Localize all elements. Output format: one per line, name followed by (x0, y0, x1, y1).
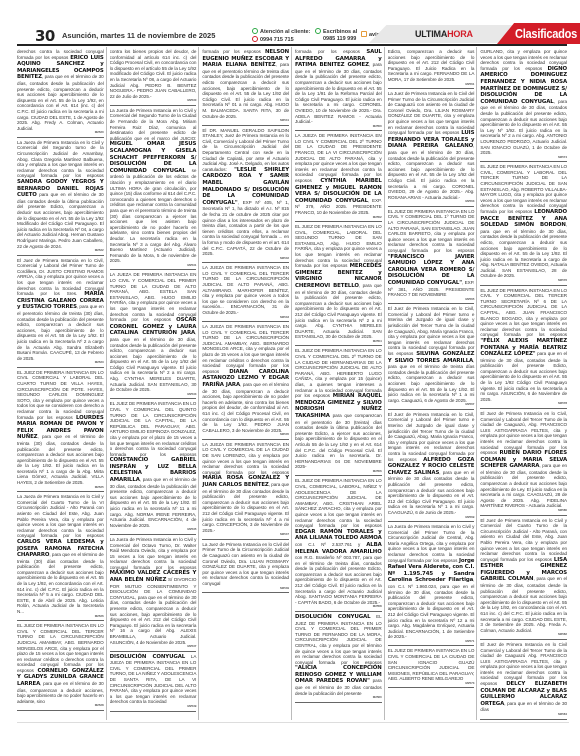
classified-ad: LA JUEZA DE PRIMERA INSTANCIA EN LO CIVI… (295, 131, 382, 222)
classified-ad: formada por los esposos NELSON EUGENIO M… (202, 47, 289, 126)
ad-text: La Jueza de Primera Instancia en lo Civi… (110, 108, 197, 141)
ad-text: para que comparezcan en el perentorio de… (295, 413, 382, 469)
whatsapp-icon (252, 28, 258, 34)
column-5: Edicto, comparezcan a deducir sus accion… (388, 47, 478, 720)
column-4: formada por los esposos SAUL ALFREDO GAM… (295, 47, 385, 720)
ad-text: con C.I. Nº 2.537.761 y (295, 542, 366, 547)
ad-text: , para que en el término de 30 días, con… (480, 463, 567, 508)
brand-logo: ULTIMAHORA (415, 29, 473, 39)
ad-code: M2530 (110, 99, 197, 103)
ad-text: EL JUEZ DE PRIMERA INSTANCIA EN LO CIVIL… (295, 614, 382, 665)
classified-ad: El Juez de Primera Instancia en lo Civil… (388, 304, 475, 410)
column-2: contra los bienes propios del deudor, de… (110, 47, 200, 720)
ad-text: , para que en el término de 30 días cont… (202, 482, 289, 533)
page-header: 30 Asunción, martes 11 de noviembre de 2… (17, 27, 570, 44)
ad-text: , para que en el término de treinta días… (388, 358, 475, 403)
classified-ad: La Jueza de Primera Instancia en lo Civi… (17, 138, 104, 256)
ad-code: M2563 (388, 200, 475, 204)
classified-ad: EL JUEZ DE PRIMERA INSTANCIA EN LO CIVIL… (17, 368, 104, 492)
ad-text: LA JUEZA DE PRIMERA INSTANCIA EN LO CIVI… (202, 442, 289, 475)
classified-ad: El Juez de Primera Instancia en lo Civil… (17, 256, 104, 368)
ad-text: , para que en el término de 30 días, con… (480, 222, 567, 278)
ad-text: EL JUEZ DE PRIMERA INSTANCIA EN LO CIVIL… (17, 623, 104, 673)
classified-ad: La Jueza de Primera Instancia en lo Civi… (388, 522, 475, 646)
classified-ad: La Juez de Primera Instancia en lo Civil… (388, 89, 475, 207)
ad-code: M2571 (388, 640, 475, 644)
column-6: GURLAND, cita y emplaza por quince veces… (480, 47, 569, 720)
ad-code: M2533 (110, 393, 197, 397)
customer-service-contact: Atención al cliente: 0994 715 715 (252, 28, 310, 43)
brand-hora: HORA (447, 29, 473, 39)
ad-text: EL JUEZ DE PRIMERA INSTANCIA EN LO CIVIL… (110, 401, 197, 456)
classified-ad: LA JUEZA DE PRIMERA INSTANCIA EN LO CIVI… (202, 322, 289, 440)
header-rule (17, 44, 567, 46)
ad-text: para que en el término de 30 días, conta… (480, 351, 567, 402)
classified-ad: EL JUEZ DE PRIMERA INSTANCIA EN LO CIVIL… (295, 476, 382, 612)
classified-ad: formada por los esposos SAUL ALFREDO GAM… (295, 47, 382, 131)
ad-code: M2545 (202, 433, 289, 437)
ad-text: EL JUEZ DE PRIMERA INSTANCIA EN LO CIVIL… (388, 209, 475, 253)
ad-text: , para que en el término de 30 días, con… (295, 283, 382, 339)
ad-code: M2578 (480, 402, 567, 406)
ad-text: El Juez de Primera Instancia en lo Civil… (388, 306, 475, 356)
ad-names: DISOLUCIÓN CONYUGAL (110, 654, 185, 660)
ad-text: contra los bienes propios del deudor, de… (110, 49, 197, 99)
ad-text: Edicto, comparezcan a deducir sus accion… (388, 49, 475, 82)
ad-text: EL JUEZ DE PRIMERA INSTANCIA EN LO CIVIL… (17, 370, 104, 420)
ad-text: EL JUEZ DE PRIMERA INSTANCIA EN LO CIVIL… (295, 348, 382, 398)
classified-ad: EL JUEZ DE PRIMERA INSTANCIA EN LO CIVIL… (480, 162, 567, 285)
ad-text: EL JUEZ DE PRIMERA INSTANCIA EN LO CIVIL… (388, 648, 475, 681)
ad-text: El Juez de Primera Instancia en lo Civil… (388, 412, 475, 462)
customer-service-label: Atención al cliente: (260, 29, 310, 35)
classified-ad: LA JUEZA DE PRIMERA INSTANCIA EN LO CIVI… (202, 440, 289, 540)
ad-code: M2526 (17, 615, 104, 619)
classified-ad: LA JUEZA DE PRIMERA INSTANCIA EN LO CIVI… (110, 270, 197, 399)
classified-ad: Edicto, comparezcan a deducir sus accion… (388, 47, 475, 89)
classified-ad: El Juez de Primera Instancia en lo Civil… (480, 640, 567, 720)
ad-code: M2522 (17, 249, 104, 253)
ad-text: se ordenó la publicación de los edictos … (110, 168, 197, 264)
ad-text: LA JUEZA DE PRIMERA INSTANCIA EN LO CIVI… (202, 324, 289, 374)
ad-code: M2573 (388, 682, 475, 686)
ad-text: , para que en el término de treinta (30)… (17, 552, 104, 614)
ad-text: , para que en el término de 30 días, con… (480, 99, 567, 155)
ad-text: para que en el término de 30 días contad… (17, 192, 104, 248)
ad-text: El Juez de Primera Instancia en lo Civil… (480, 411, 567, 455)
classified-ad: EL JUEZ DE PRIMERA INSTANCIA EN LO CIVIL… (295, 346, 382, 476)
ad-text: con R.G. Brasileño Nº 003.787, para que … (295, 555, 382, 605)
footer-rule (17, 722, 569, 723)
ad-text: La Jueza de Primera Instancia en lo Civi… (17, 494, 104, 538)
ad-text: , EXP Nº 405, Nº 1, Secretaría Nº 1, ha … (202, 200, 289, 256)
ad-text: EL JUEZ DE PRIMERA INSTANCIA EN LO CIVIL… (295, 478, 382, 528)
ad-text: , para que en el término de 30 días, con… (480, 576, 567, 632)
ad-text: LA JUEZA DE PRIMERA INSTANCIA EN LO CIVI… (110, 272, 197, 322)
ad-text: El Juez de Primera Instancia en lo Civil… (480, 642, 567, 686)
ad-code: M2558 (295, 605, 382, 609)
ad-code: M2569 (388, 516, 475, 520)
ad-text: EL JUEZ DE PRIMERA INSTANCIA EN LO CIVIL… (480, 288, 567, 338)
write-label: Escríbinos al (323, 29, 357, 35)
classified-ad: El DR. MANUEL GERALDO SAIFILDIN STANLEY,… (202, 126, 289, 264)
section-title: Clasificados (515, 26, 577, 41)
ad-code: M2535 (110, 528, 197, 532)
ad-code: M2556 (295, 470, 382, 474)
ad-code: M2561 (388, 83, 475, 87)
ad-code: M2543 (202, 316, 289, 320)
customer-service-phone[interactable]: 0994 715 715 (260, 37, 294, 43)
ad-code: M2576 (480, 279, 567, 283)
ad-code: M2541 (202, 119, 289, 123)
ad-names: MIGUEL OMAR JESUS SCALAMOGNA Y GISELA SC… (110, 141, 197, 173)
write-contact: Escríbinos al 0985 119 999 (315, 28, 357, 42)
ad-text: formada por los esposos (295, 49, 366, 54)
ad-text: La Juez de Primera Instancia en lo Civil… (388, 91, 475, 135)
ad-text: La Jueza de Primera Instancia en lo Civi… (17, 140, 104, 179)
classified-ad: EL JUEZ DE PRIMERA INSTANCIA EN LO CIVIL… (480, 286, 567, 409)
ad-text: S/ DIVORCIO POR MUTUO CONSENTIMIENTO Y D… (110, 577, 197, 645)
ad-code: M2567 (388, 403, 475, 407)
classified-ad: El Juez de Primera Instancia en lo Civil… (480, 516, 567, 640)
whatsapp-icon (315, 28, 321, 34)
classified-ad: La Jueza de Primera Instancia en lo Civi… (17, 492, 104, 621)
classified-ad: EL JUEZ DE PRIMERA INSTANCIA EN LO CIVIL… (110, 399, 197, 535)
classified-ad: EL JUEZ DE PRIMERA INSTANCIA EN LO CIVIL… (295, 222, 382, 346)
classifieds-columns: derechos contra la sociedad conyugal for… (17, 47, 569, 720)
ad-code: M2539 (110, 705, 197, 709)
ad-text: formada por los esposos (202, 49, 265, 54)
ad-code: M2520 (17, 131, 104, 135)
ad-text: , para que en el perentorio término de t… (17, 304, 104, 360)
ad-code: M2552 (295, 216, 382, 220)
ad-text: EL JUEZ DE PRIMERA INSTANCIA EN LO CIVIL… (295, 224, 382, 268)
brand-ultima: ULTIMA (415, 29, 447, 39)
ad-code: M2547 (202, 533, 289, 537)
ad-names: DISOLUCIÓN CONYUGAL (295, 614, 370, 620)
ad-text: EL JUEZ DE PRIMERA INSTANCIA EN LO CIVIL… (480, 164, 567, 214)
ad-text: , para que en el término de 30 días, con… (295, 62, 382, 124)
classified-ad: DISOLUCIÓN CONYUGAL EL JUEZ DE PRIMERA I… (295, 612, 382, 703)
column-1: derechos contra la sociedad conyugal for… (17, 47, 107, 720)
ad-names: "ALICIA CONCEPCIÓN REINOSO GOMEZ Y WILLI… (295, 665, 382, 684)
classified-ad: La Jueza de Primera Instancia en lo Civi… (110, 535, 197, 652)
write-phone[interactable]: 0985 119 999 (323, 36, 356, 42)
ad-code: M2549 (202, 587, 289, 591)
ad-text: LA JUEZA DE PRIMERA INSTANCIA EN LO CIVI… (202, 265, 289, 315)
page-number: 30 (35, 27, 55, 45)
envelope-icon (361, 31, 367, 37)
ad-code: M2531 (110, 264, 197, 268)
ad-code: M2574 (480, 156, 567, 160)
ad-text: , para que en el término de 30 días, com… (202, 382, 289, 433)
ad-code: M2565 (388, 298, 475, 302)
ad-text: , para que en el término de 30 días cont… (388, 470, 475, 515)
ad-text: , para que en el perentorio término de t… (202, 62, 289, 118)
classified-ad: EL JUEZ DE PRIMERA INSTANCIA EN LO CIVIL… (388, 207, 475, 304)
publication-date: Asunción, martes 11 de noviembre de 2025 (62, 31, 215, 40)
ad-text: , para que en el término de 30 días, con… (17, 74, 104, 130)
ad-code: M2584 (480, 713, 567, 717)
ad-code: M2560 (295, 696, 382, 700)
ad-code: M2523 (17, 361, 104, 365)
classified-ad: derechos contra la sociedad conyugal for… (17, 47, 104, 138)
ad-text: La Juez de Primera Instancia en lo Civil… (202, 542, 289, 586)
classified-ad: EL JUEZ DE PRIMERA INSTANCIA EN LO CIVIL… (388, 646, 475, 688)
ad-text: El Juez de Primera Instancia en lo Civil… (480, 518, 567, 562)
phone-icon (252, 36, 258, 42)
classified-ad: La Jueza de Primera Instancia en lo Civi… (110, 106, 197, 271)
ad-code: M2525 (17, 486, 104, 490)
ad-code: M2554 (295, 340, 382, 344)
classified-ad: EL JUEZ DE PRIMERA INSTANCIA EN LO CIVIL… (17, 621, 104, 711)
ad-code: M2542 (202, 257, 289, 261)
classified-ad: La Juez de Primera Instancia en lo Civil… (202, 540, 289, 593)
ad-code: M2582 (480, 633, 567, 637)
ad-text: , con C.I. Nº 1.960.024, para que en el … (388, 577, 475, 639)
classified-ad: LA JUEZA DE PRIMERA INSTANCIA EN LO CIVI… (202, 263, 289, 322)
ad-code: M2537 (110, 645, 197, 649)
classified-ad: El Juez de Primera Instancia en lo Civil… (388, 410, 475, 522)
ad-text: , para que en el término de 30 días, con… (110, 477, 197, 528)
classified-ad: GURLAND, cita y emplaza por quince veces… (480, 47, 567, 162)
ad-text: La Jueza de Primera Instancia en lo Civi… (110, 537, 197, 570)
column-3: formada por los esposos NELSON EUGENIO M… (202, 47, 292, 720)
ad-code: M2550 (295, 125, 382, 129)
ad-text: El DR. MANUEL GERALDO SAIFILDIN STANLEY,… (202, 128, 289, 172)
ad-code: M2580 (480, 509, 567, 513)
ad-text: LA JUEZA DE PRIMERA INSTANCIA EN LO CIVI… (295, 133, 382, 183)
ad-text: , para que en el término de 30 días, con… (388, 143, 475, 199)
classified-ad: contra los bienes propios del deudor, de… (110, 47, 197, 106)
ad-code: M2528 (17, 704, 104, 708)
ad-names: EDGAR RAMÓN TORALES y ANA LILIANA TOLEDO… (295, 529, 382, 542)
ad-text: , para que en el término de 30 días, con… (110, 330, 197, 392)
classified-ad: El Juez de Primera Instancia en lo Civil… (480, 409, 567, 516)
ad-text: , para que en el término de treinta (30)… (17, 434, 104, 485)
ad-text: LA JUEZA DE PRIMERA INSTANCIA EN LO CIVI… (110, 654, 197, 705)
classified-ad: DISOLUCIÓN CONYUGAL LA JUEZA DE PRIMERA … (110, 652, 197, 712)
